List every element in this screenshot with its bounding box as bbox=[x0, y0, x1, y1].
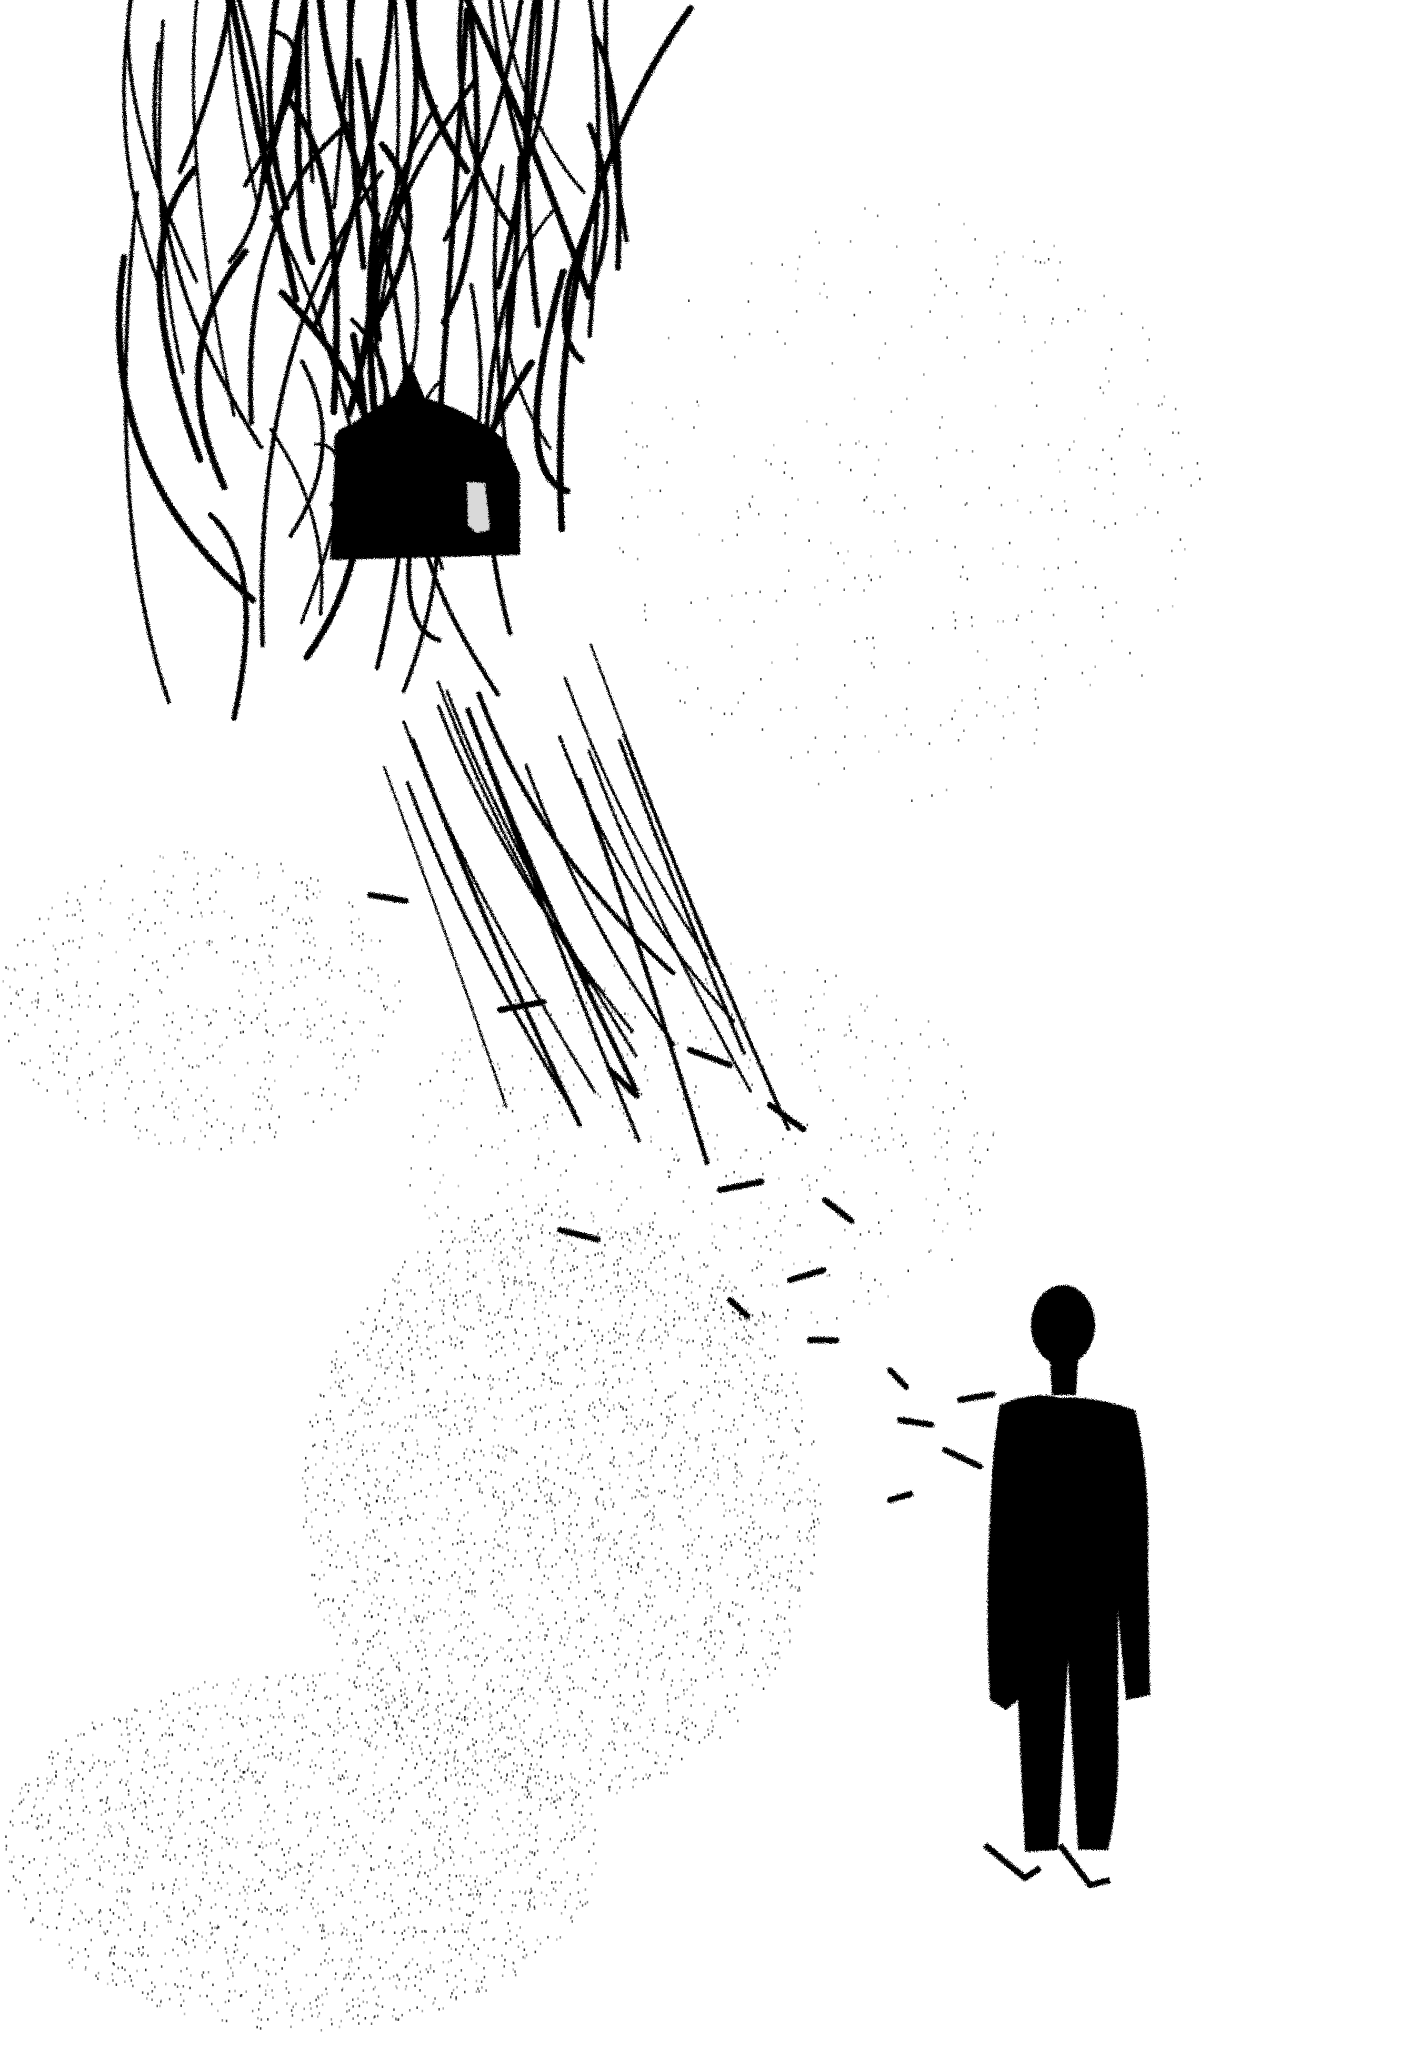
artwork-canvas bbox=[0, 0, 1403, 2048]
